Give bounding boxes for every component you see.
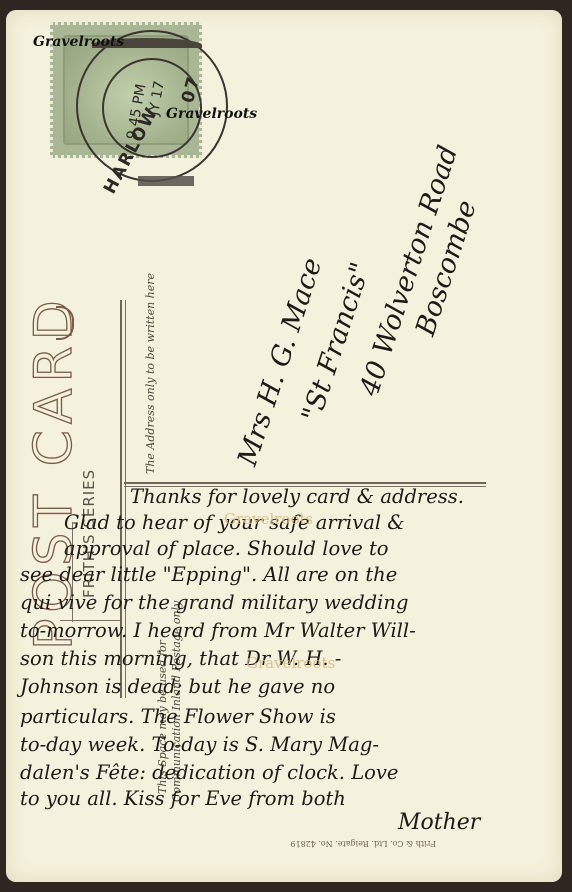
watermark: Gravelroots: [166, 106, 257, 122]
postmark-bar-icon: [138, 176, 194, 186]
postcard-back: HARLOW 9.45 PM JY 17 07 Gravelroots Grav…: [6, 10, 562, 882]
message-line: Johnson is dead; but he gave no: [20, 674, 335, 700]
address-notice: The Address only to be written here: [144, 273, 157, 474]
message-line: Thanks for lovely card & address.: [130, 484, 464, 510]
message-line: qui vive for the grand military wedding: [20, 590, 408, 616]
watermark: Gravelroots: [33, 34, 124, 50]
message-line: approval of place. Should love to: [64, 536, 389, 562]
message-line: to you all. Kiss for Eve from both: [20, 786, 346, 812]
publisher-imprint: Frith & Co. Ltd. Reigate. No. 42819: [290, 839, 436, 848]
message-line: particulars. The Flower Show is: [20, 704, 336, 730]
message-line: to-day week. To-day is S. Mary Mag-: [20, 732, 379, 758]
watermark: Gravelroots: [224, 510, 313, 528]
message-line: see dear little "Epping". All are on the: [20, 562, 397, 588]
message-line: dalen's Fête: dedication of clock. Love: [20, 760, 398, 786]
message-line: to-morrow. I heard from Mr Walter Will-: [20, 618, 416, 644]
signature: Mother: [398, 810, 480, 836]
watermark: Gravelroots: [246, 654, 335, 672]
